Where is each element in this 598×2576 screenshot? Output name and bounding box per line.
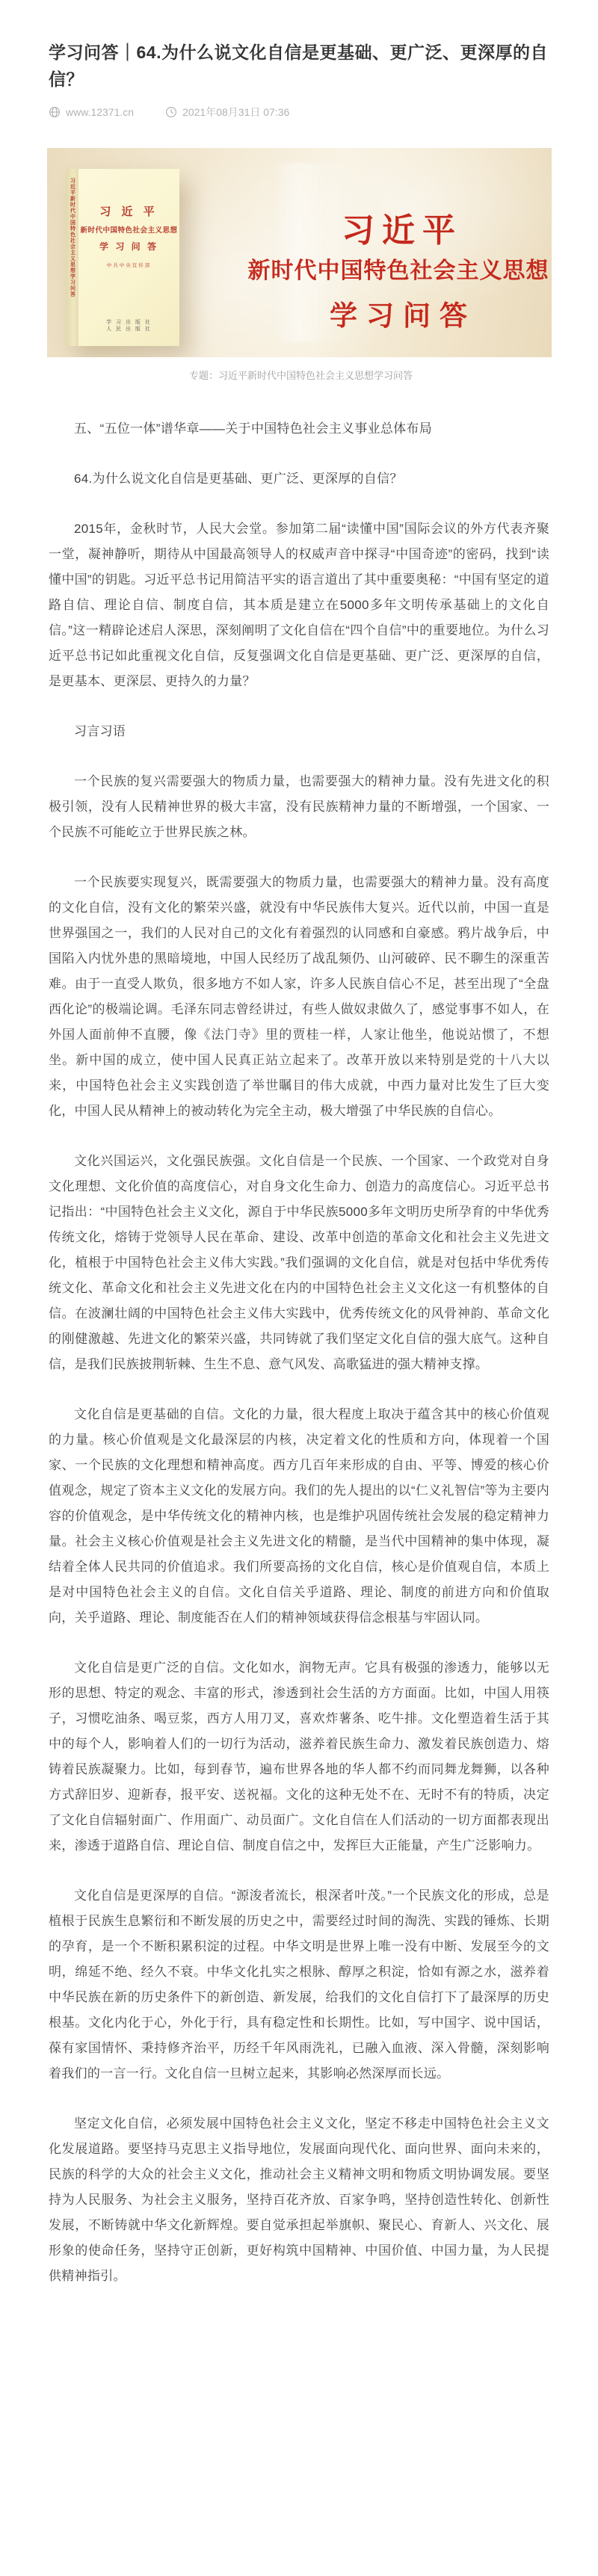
- body-paragraph: 坚定文化自信，必须发展中国特色社会主义文化，坚定不移走中国特色社会主义文化发展道…: [49, 2111, 549, 2289]
- source-text: www.12371.cn: [66, 106, 134, 118]
- banner-line2: 新时代中国特色社会主义思想: [248, 259, 549, 283]
- book-spine: 习近平新时代中国特色社会主义思想学习问答: [66, 169, 78, 346]
- book-editor: 中共中央宣传部: [78, 262, 179, 268]
- image-caption: 专题：习近平新时代中国特色社会主义思想学习问答: [49, 368, 553, 382]
- book-cover-image: 习近平新时代中国特色社会主义思想学习问答 习 近 平 新时代中国特色社会主义思想…: [66, 169, 179, 346]
- article-page: 学习问答｜64.为什么说文化自信是更基础、更广泛、更深厚的自信？ www.123…: [0, 0, 598, 2289]
- book-spine-text: 习近平新时代中国特色社会主义思想学习问答: [70, 178, 75, 335]
- book-publisher-2: 人 民 出 版 社: [106, 327, 152, 332]
- book-title-line1: 习 近 平: [78, 203, 179, 219]
- book-publisher-1: 学 习 出 版 社: [106, 320, 152, 325]
- banner-line1: 习近平: [334, 214, 463, 248]
- book-publishers: 学 习 出 版 社 人 民 出 版 社: [78, 319, 179, 333]
- quote-paragraph: 一个民族的复兴需要强大的物质力量，也需要强大的精神力量。没有先进文化的积极引领，…: [49, 769, 549, 845]
- clock-icon: [165, 106, 182, 118]
- page-title: 学习问答｜64.为什么说文化自信是更基础、更广泛、更深厚的自信？: [49, 39, 549, 93]
- book-title-line3: 学 习 问 答: [78, 240, 179, 253]
- source-meta: www.12371.cn: [49, 106, 134, 118]
- book-title-line2: 新时代中国特色社会主义思想: [78, 224, 179, 235]
- datetime-text: 2021年08月31日 07:36: [182, 105, 289, 120]
- article-body: 五、“五位一体”谱华章——关于中国特色社会主义事业总体布局 64.为什么说文化自…: [49, 416, 549, 2289]
- body-paragraph: 一个民族要实现复兴，既需要强大的物质力量，也需要强大的精神力量。没有高度的文化自…: [49, 870, 549, 1124]
- globe-icon: [49, 106, 66, 118]
- banner-line3: 学习问答: [321, 301, 476, 331]
- article-meta: www.12371.cn 2021年08月31日 07:36: [49, 105, 549, 120]
- body-paragraph: 文化自信是更广泛的自信。文化如水，润物无声。它具有极强的渗透力，能够以无形的思想…: [49, 1655, 549, 1859]
- hero-banner-title: 习近平 新时代中国特色社会主义思想 学习问答: [245, 148, 552, 357]
- quote-label: 习言习语: [49, 719, 549, 744]
- body-paragraph: 文化自信是更深厚的自信。“源浚者流长，根深者叶茂。”一个民族文化的形成，总是植根…: [49, 1883, 549, 2087]
- paragraph-intro: 2015年，金秋时节，人民大会堂。参加第二届“读懂中国”国际会议的外方代表齐聚一…: [49, 516, 549, 694]
- time-meta: 2021年08月31日 07:36: [165, 105, 289, 120]
- question-heading: 64.为什么说文化自信是更基础、更广泛、更深厚的自信？: [49, 466, 549, 492]
- hero-banner-image: 习近平新时代中国特色社会主义思想学习问答 习 近 平 新时代中国特色社会主义思想…: [47, 148, 552, 357]
- body-paragraph: 文化兴国运兴，文化强民族强。文化自信是一个民族、一个国家、一个政党对自身文化理想…: [49, 1149, 549, 1377]
- book-front-cover: 习 近 平 新时代中国特色社会主义思想 学 习 问 答 中共中央宣传部 学 习 …: [78, 169, 179, 346]
- section-heading: 五、“五位一体”谱华章——关于中国特色社会主义事业总体布局: [49, 416, 549, 442]
- body-paragraph: 文化自信是更基础的自信。文化的力量，很大程度上取决于蕴含其中的核心价值观的力量。…: [49, 1402, 549, 1631]
